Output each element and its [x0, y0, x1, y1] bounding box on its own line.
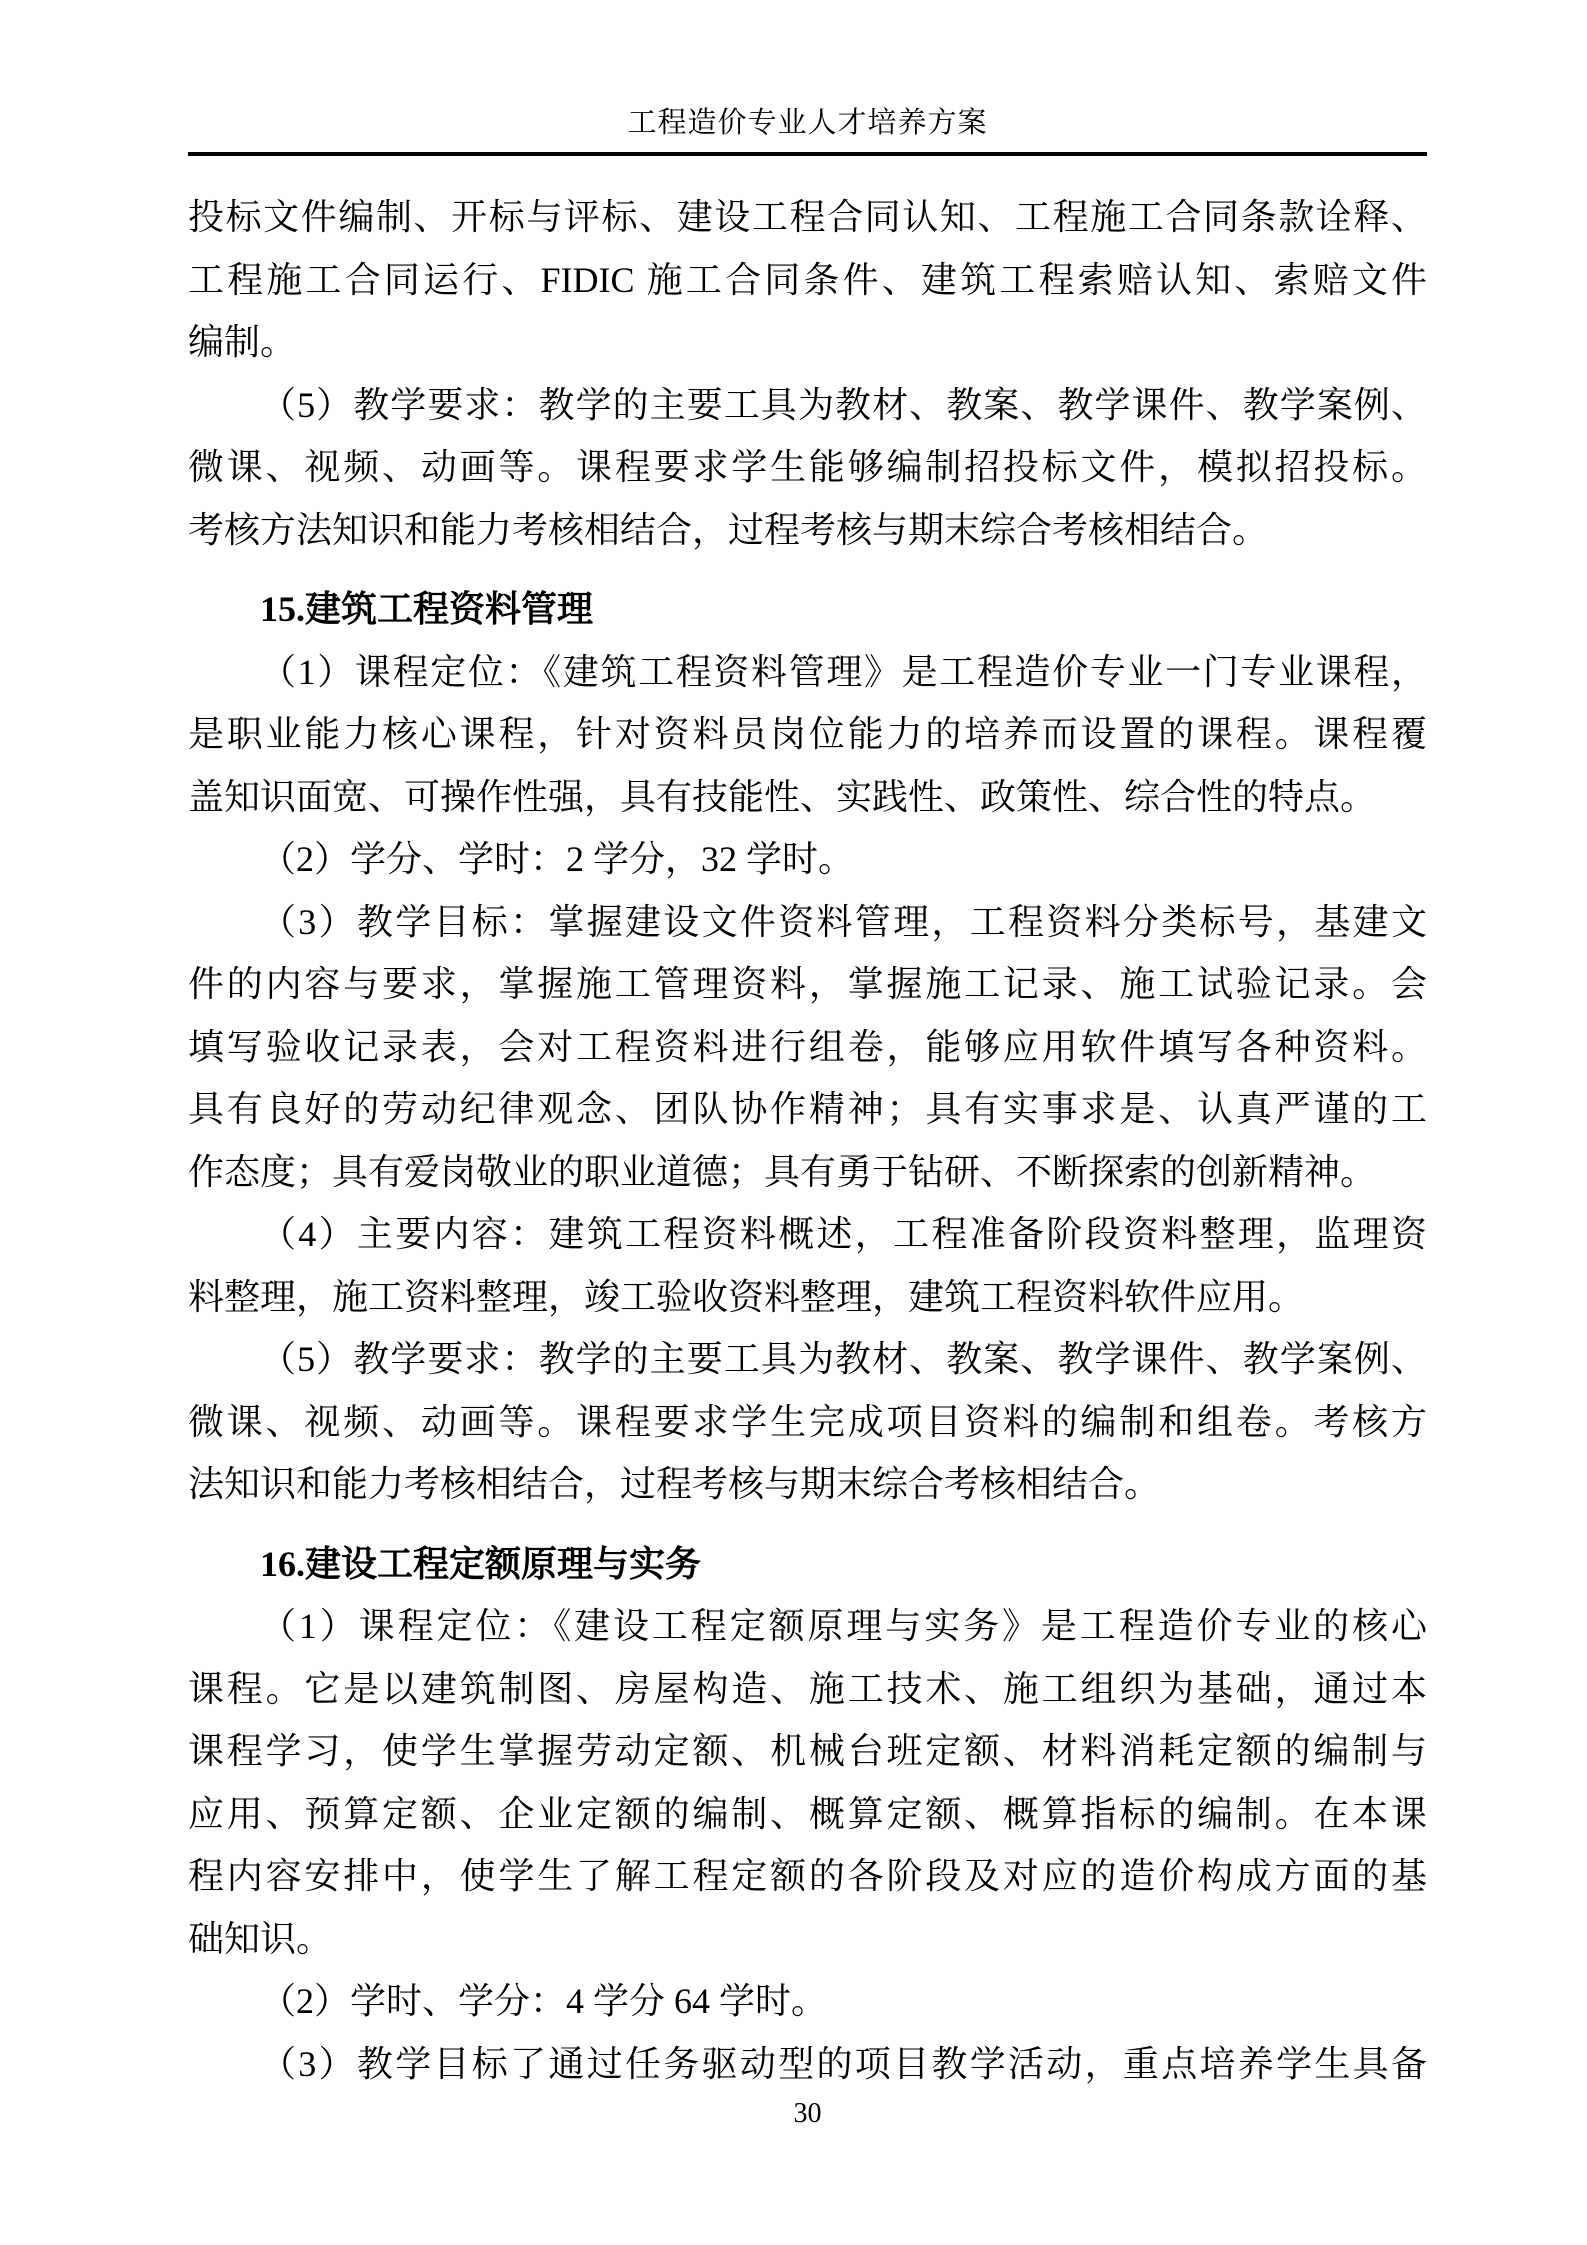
- text-line: 程内容安排中，使学生了解工程定额的各阶段及对应的造价构成方面的基: [188, 1845, 1427, 1908]
- text-line: 工程施工合同运行、FIDIC 施工合同条件、建筑工程索赔认知、索赔文件: [188, 249, 1427, 312]
- paragraph: （5）教学要求：教学的主要工具为教材、教案、教学课件、教学案例、微课、视频、动画…: [188, 374, 1427, 562]
- text-line: 法知识和能力考核相结合，过程考核与期末综合考核相结合。: [188, 1453, 1427, 1516]
- paragraph: 投标文件编制、开标与评标、建设工程合同认知、工程施工合同条款诠释、工程施工合同运…: [188, 186, 1427, 374]
- text-line: 课程学习，使学生掌握劳动定额、机械台班定额、材料消耗定额的编制与: [188, 1720, 1427, 1783]
- text-line: 盖知识面宽、可操作性强，具有技能性、实践性、政策性、综合性的特点。: [188, 766, 1427, 829]
- text-line: 件的内容与要求，掌握施工管理资料，掌握施工记录、施工试验记录。会: [188, 953, 1427, 1016]
- paragraph: （2）学分、学时：2 学分，32 学时。: [188, 828, 1427, 891]
- paragraph: （1）课程定位：《建筑工程资料管理》是工程造价专业一门专业课程，是职业能力核心课…: [188, 641, 1427, 829]
- text-line: （5）教学要求：教学的主要工具为教材、教案、教学课件、教学案例、: [188, 1328, 1427, 1391]
- text-line: 是职业能力核心课程，针对资料员岗位能力的培养而设置的课程。课程覆: [188, 703, 1427, 766]
- text-line: （5）教学要求：教学的主要工具为教材、教案、教学课件、教学案例、: [188, 374, 1427, 437]
- paragraph: （5）教学要求：教学的主要工具为教材、教案、教学课件、教学案例、微课、视频、动画…: [188, 1328, 1427, 1516]
- text-line: （1）课程定位：《建筑工程资料管理》是工程造价专业一门专业课程，: [188, 641, 1427, 704]
- text-line: （3）教学目标：掌握建设文件资料管理，工程资料分类标号，基建文: [188, 891, 1427, 954]
- header-title: 工程造价专业人才培养方案: [188, 108, 1427, 138]
- page-header: 工程造价专业人才培养方案: [0, 0, 1587, 156]
- paragraph: （4）主要内容：建筑工程资料概述，工程准备阶段资料整理，监理资料整理，施工资料整…: [188, 1203, 1427, 1328]
- text-line: 微课、视频、动画等。课程要求学生完成项目资料的编制和组卷。考核方: [188, 1391, 1427, 1454]
- paragraph: （3）教学目标：掌握建设文件资料管理，工程资料分类标号，基建文件的内容与要求，掌…: [188, 891, 1427, 1204]
- text-line: 填写验收记录表，会对工程资料进行组卷，能够应用软件填写各种资料。: [188, 1016, 1427, 1079]
- text-line: 应用、预算定额、企业定额的编制、概算定额、概算指标的编制。在本课: [188, 1783, 1427, 1846]
- text-line: （2）学时、学分：4 学分 64 学时。: [188, 1970, 1427, 2033]
- page-footer: 30: [188, 2097, 1427, 2131]
- document-page: 工程造价专业人才培养方案 投标文件编制、开标与评标、建设工程合同认知、工程施工合…: [0, 0, 1587, 2245]
- document-body: 投标文件编制、开标与评标、建设工程合同认知、工程施工合同条款诠释、工程施工合同运…: [188, 186, 1427, 2095]
- text-line: 料整理，施工资料整理，竣工验收资料整理，建筑工程资料软件应用。: [188, 1266, 1427, 1329]
- paragraph: （3）教学目标了通过任务驱动型的项目教学活动，重点培养学生具备: [188, 2033, 1427, 2096]
- text-line: 考核方法知识和能力考核相结合，过程考核与期末综合考核相结合。: [188, 499, 1427, 562]
- text-line: 作态度；具有爱岗敬业的职业道德；具有勇于钻研、不断探索的创新精神。: [188, 1141, 1427, 1204]
- text-line: （1）课程定位：《建设工程定额原理与实务》是工程造价专业的核心: [188, 1595, 1427, 1658]
- section-heading: 16.建设工程定额原理与实务: [188, 1533, 1427, 1596]
- text-line: 投标文件编制、开标与评标、建设工程合同认知、工程施工合同条款诠释、: [188, 186, 1427, 249]
- text-line: 微课、视频、动画等。课程要求学生能够编制招投标文件，模拟招投标。: [188, 436, 1427, 499]
- section-heading: 15.建筑工程资料管理: [188, 578, 1427, 641]
- text-line: 课程。它是以建筑制图、房屋构造、施工技术、施工组织为基础，通过本: [188, 1658, 1427, 1721]
- paragraph: （1）课程定位：《建设工程定额原理与实务》是工程造价专业的核心课程。它是以建筑制…: [188, 1595, 1427, 1970]
- paragraph: （2）学时、学分：4 学分 64 学时。: [188, 1970, 1427, 2033]
- page-number-label: 30: [188, 2097, 1427, 2131]
- text-line: （4）主要内容：建筑工程资料概述，工程准备阶段资料整理，监理资: [188, 1203, 1427, 1266]
- text-line: 础知识。: [188, 1908, 1427, 1971]
- text-line: （3）教学目标了通过任务驱动型的项目教学活动，重点培养学生具备: [188, 2033, 1427, 2096]
- text-line: （2）学分、学时：2 学分，32 学时。: [188, 828, 1427, 891]
- text-line: 编制。: [188, 311, 1427, 374]
- header-rule: [188, 152, 1427, 156]
- text-line: 具有良好的劳动纪律观念、团队协作精神；具有实事求是、认真严谨的工: [188, 1078, 1427, 1141]
